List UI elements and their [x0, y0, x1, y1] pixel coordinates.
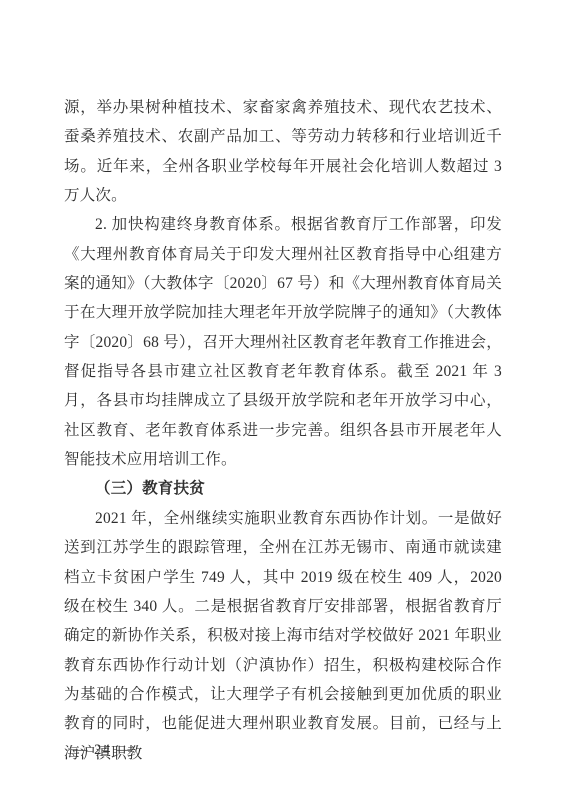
paragraph-east-west-cooperation-plan: 2021 年，全州继续实施职业教育东西协作计划。一是做好送到江苏学生的跟踪管理，…	[64, 504, 502, 768]
section-heading-education-poverty-alleviation: （三）教育扶贫	[64, 474, 502, 503]
document-page: 源，举办果树种植技术、家畜家禽养殖技术、现代农艺技术、蚕桑养殖技术、农副产品加工…	[0, 0, 565, 800]
document-body: 源，举办果树种植技术、家畜家禽养殖技术、现代农艺技术、蚕桑养殖技术、农副产品加工…	[64, 93, 502, 768]
page-number: — 24 —	[73, 742, 133, 758]
paragraph-lifelong-education-system: 2. 加快构建终身教育体系。根据省教育厅工作部署，印发《大理州教育体育局关于印发…	[64, 210, 502, 474]
paragraph-vocational-training-continuation: 源，举办果树种植技术、家畜家禽养殖技术、现代农艺技术、蚕桑养殖技术、农副产品加工…	[64, 93, 502, 210]
